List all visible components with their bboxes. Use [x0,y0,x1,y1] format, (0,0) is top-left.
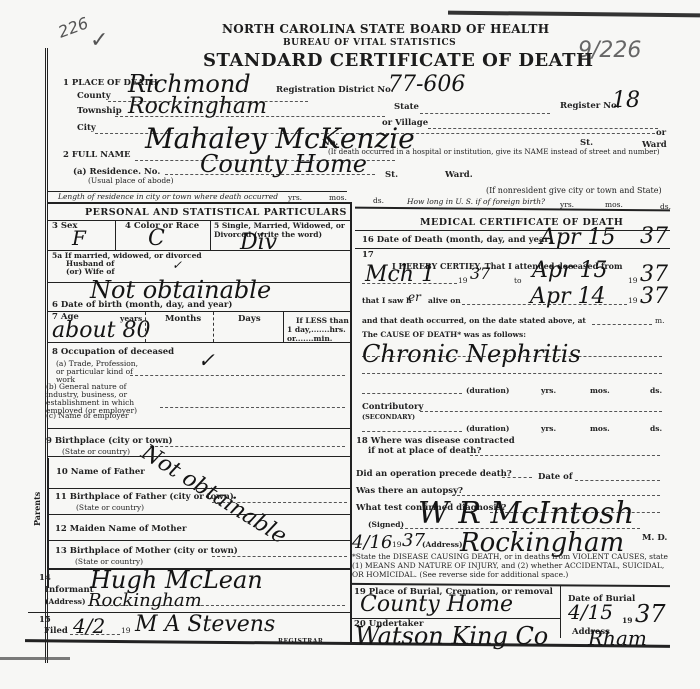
alive-label: alive on [428,296,461,305]
burial-divider [560,586,561,638]
occupation-b-line [160,407,345,408]
autopsy-label: Was there an autopsy? [356,486,463,496]
contracted-line [470,455,660,456]
township-label: Township [77,106,122,116]
full-name-label: 2 FULL NAME [63,150,131,160]
less-than-label-2: 1 day,.......hrs. [287,325,346,334]
dod-line [355,248,670,249]
operation-line [502,477,532,478]
father-birthplace-sublabel: (State or country) [76,503,144,512]
personal-section-title: PERSONAL AND STATISTICAL PARTICULARS [85,207,347,218]
parents-vertical-label: Parents [32,492,42,526]
birthplace-sublabel: (State or country) [62,447,130,456]
duration-mos-2: mos. [590,424,610,433]
mother-name-label: 12 Maiden Name of Mother [55,524,186,534]
row-line-9 [47,456,350,457]
header-bureau: BUREAU OF VITAL STATISTICS [283,38,456,48]
physician-address-label: (Address) [422,540,463,549]
or-label: or [656,128,666,138]
age-months-label: Months [165,314,201,324]
contributory-line [420,411,662,412]
marital-status-label: 5 Single, Married, Widowed, or Divorced … [214,221,349,239]
row-line-7 [47,342,350,343]
duration-label-1: (duration) [466,386,509,395]
attended-from-year-prefix: 19 [458,276,468,285]
state-label: State [394,102,419,112]
father-name-label: 10 Name of Father [56,467,145,477]
filed-number: 15 [39,615,51,625]
residence-ward-label: Ward. [445,170,473,180]
contributory-label: Contributory [362,402,423,412]
secondary-label: (SECONDARY) [362,413,415,421]
attended-to-value[interactable]: Apr 15 [532,258,607,283]
informant-label: Informant [45,585,94,595]
age-days-label: Days [238,314,261,324]
operation-date-line [575,480,660,481]
md-label: M. D. [642,533,667,543]
date-of-birth-label: 6 Date of birth (month, day, and year) [52,300,232,310]
header-board: NORTH CAROLINA STATE BOARD OF HEALTH [222,22,549,36]
us-mos: mos. [605,200,623,209]
burial-place-value[interactable]: County Home [360,592,513,617]
registration-district-label: Registration District No. [276,85,394,95]
spouse-value[interactable]: ✓ [172,258,182,272]
spouse-label-3: (or) Wife of [66,267,115,276]
birthplace-line [150,446,345,447]
death-time-line [592,324,652,325]
registrar-signature[interactable]: M A Stevens [135,612,275,637]
ward-label: Ward [642,140,667,150]
length-yrs: yrs. [288,193,302,202]
length-mos: mos. [329,193,347,202]
father-birthplace-label: 11 Birthplace of Father (city or town) [55,492,234,502]
informant-address-value[interactable]: Rockingham [88,590,202,611]
registration-district-value[interactable]: 77-606 [388,72,465,97]
county-label: County [77,91,111,101]
contracted-label-1: 18 Where was disease contracted [356,436,515,446]
less-than-label-1: If LESS than [296,316,349,325]
township-value[interactable]: Rockingham [128,94,267,119]
alive-year[interactable]: 37 [640,284,668,309]
certify-number: 17 [362,250,374,260]
st-label: St. [580,138,593,148]
attended-to-year-prefix: 19 [628,276,638,285]
occupation-c-label: (c) Name of employer [46,411,129,420]
city-label: City [77,123,96,133]
burial-date-value[interactable]: 4/15 [568,600,613,624]
us-residence-label: How long in U. S. if of foreign birth? [407,197,545,206]
residence-st-label: St. [385,170,398,180]
race-divider [210,220,211,250]
undertaker-address-value[interactable]: Rham [588,626,647,650]
physician-signature[interactable]: W R McIntosh [418,496,634,531]
death-occurred-text: and that death occurred, on the date sta… [362,316,586,325]
marital-status-value[interactable]: Div [240,230,277,255]
burial-year-value[interactable]: 37 [635,600,666,628]
mother-birthplace-sublabel: (State or country) [75,557,143,566]
row-line-11 [49,514,350,515]
register-no-label: Register No. [560,101,619,111]
row-line-8 [47,428,350,429]
filed-label: Filed [44,626,68,636]
age-value[interactable]: about 80 [52,318,150,343]
top-edge-shadow [448,11,700,18]
informant-number: 14 [39,573,51,583]
filed-date-value[interactable]: 4/2 [73,614,105,638]
length-of-residence-label: Length of residence in city or town wher… [58,192,278,201]
date-of-death-value[interactable]: Apr 15 [540,225,615,250]
operation-label: Did an operation precede death? [356,469,512,479]
mother-birthplace-line [212,556,347,557]
age-months-divider [145,312,146,342]
scan-smudge [0,657,70,660]
medical-header-line [355,230,670,231]
signed-label: (Signed) [368,520,404,529]
occupation-label: 8 Occupation of deceased [52,347,174,357]
signed-year-prefix: 19 [392,540,402,549]
burial-year-prefix: 19 [622,616,632,625]
residence-value[interactable]: County Home [200,150,367,178]
occupation-a-line [130,375,345,376]
archive-number-annotation: 226 [56,13,91,41]
row-line-6 [47,311,350,312]
register-no-value[interactable]: 18 [612,88,640,113]
duration-yrs-2: yrs. [541,424,556,433]
sex-divider [115,220,116,250]
alive-year-prefix: 19 [628,296,638,305]
nonresident-note: (If nonresident give city or town and St… [486,186,662,195]
cause-line-2 [362,373,662,374]
saw-value[interactable]: er [408,290,421,304]
length-ds: ds. [373,196,384,205]
cause-footnote: *State the DISEASE CAUSING DEATH, or in … [352,552,670,579]
duration-ds-1: ds. [650,386,662,395]
undertaker-value[interactable]: Watson King Co [355,622,548,650]
operation-date-label: Date of [538,472,573,482]
saw-label: that I saw h [362,296,412,305]
filed-year-label: 19 [121,626,131,635]
age-days-divider [213,312,214,342]
signed-date-value[interactable]: 4/16 [352,532,392,553]
contributory-line-2 [362,431,462,432]
alive-value[interactable]: Apr 14 [530,284,605,309]
m-label: m. [655,316,665,325]
date-of-death-year[interactable]: 37 [640,224,668,249]
father-birthplace-line [212,502,347,503]
residence-sublabel: (Usual place of abode) [88,176,174,185]
state-field-line [420,113,550,114]
duration-mos-1: mos. [590,386,610,395]
section-top-divider-left [47,202,352,204]
to-label: to [514,276,522,285]
cause-of-death-label: The CAUSE OF DEATH* was as follows: [362,330,526,339]
village-field-line [428,128,658,129]
color-race-value[interactable]: C [148,226,165,251]
registrar-label: REGISTRAR [278,638,323,645]
mother-birthplace-label: 13 Birthplace of Mother (city or town) [55,546,238,556]
contracted-label-2: if not at place of death? [368,446,481,456]
occupation-a-value[interactable]: ✓ [198,348,215,372]
sex-value[interactable]: F [72,226,86,250]
attended-from-line [362,283,457,284]
date-of-death-label: 16 Date of Death (month, day, and year) [362,235,553,245]
occupation-a-label: (a) Trade, Profession, or particular kin… [56,360,146,384]
row-line-12 [49,540,350,541]
duration-label-2: (duration) [466,424,509,433]
attended-from-year[interactable]: 37 [470,264,490,283]
informant-address-label: (Address) [45,597,86,606]
cause-line-3 [362,393,462,394]
duration-yrs-1: yrs. [541,386,556,395]
age-less-divider [283,312,284,342]
row-line-10 [49,488,350,489]
duration-ds-2: ds. [650,424,662,433]
cause-of-death-value[interactable]: Chronic Nephritis [362,340,581,368]
